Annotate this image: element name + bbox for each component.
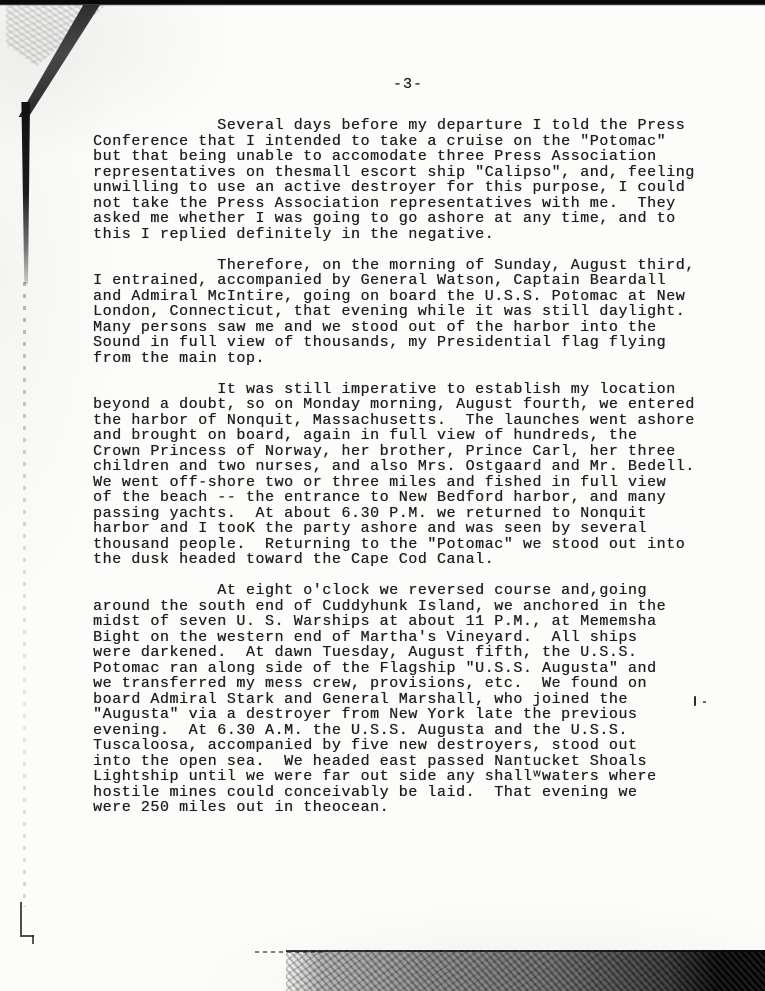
scan-artifact-bottom-black-band xyxy=(286,950,765,991)
paragraph-cuddyhunk-augusta: At eight o'clock we reversed course and,… xyxy=(93,583,713,816)
page-number: -3- xyxy=(393,76,423,93)
scan-artifact-left-ink-streak xyxy=(19,102,30,284)
scan-artifact-stray-dot xyxy=(703,701,706,703)
scan-artifact-left-dotted-line xyxy=(23,282,26,907)
scan-artifact-top-edge-bar xyxy=(0,0,765,6)
document-body-text: Several days before my departure I told … xyxy=(93,118,713,831)
scan-artifact-stray-mark xyxy=(694,696,696,706)
paragraph-press-conference: Several days before my departure I told … xyxy=(93,118,713,242)
scan-artifact-bottom-left-bracket xyxy=(20,902,34,937)
scanned-document-page: -3- Several days before my departure I t… xyxy=(0,0,765,991)
paragraph-nonquit-harbor: It was still imperative to establish my … xyxy=(93,382,713,568)
paragraph-entrained-new-london: Therefore, on the morning of Sunday, Aug… xyxy=(93,258,713,367)
